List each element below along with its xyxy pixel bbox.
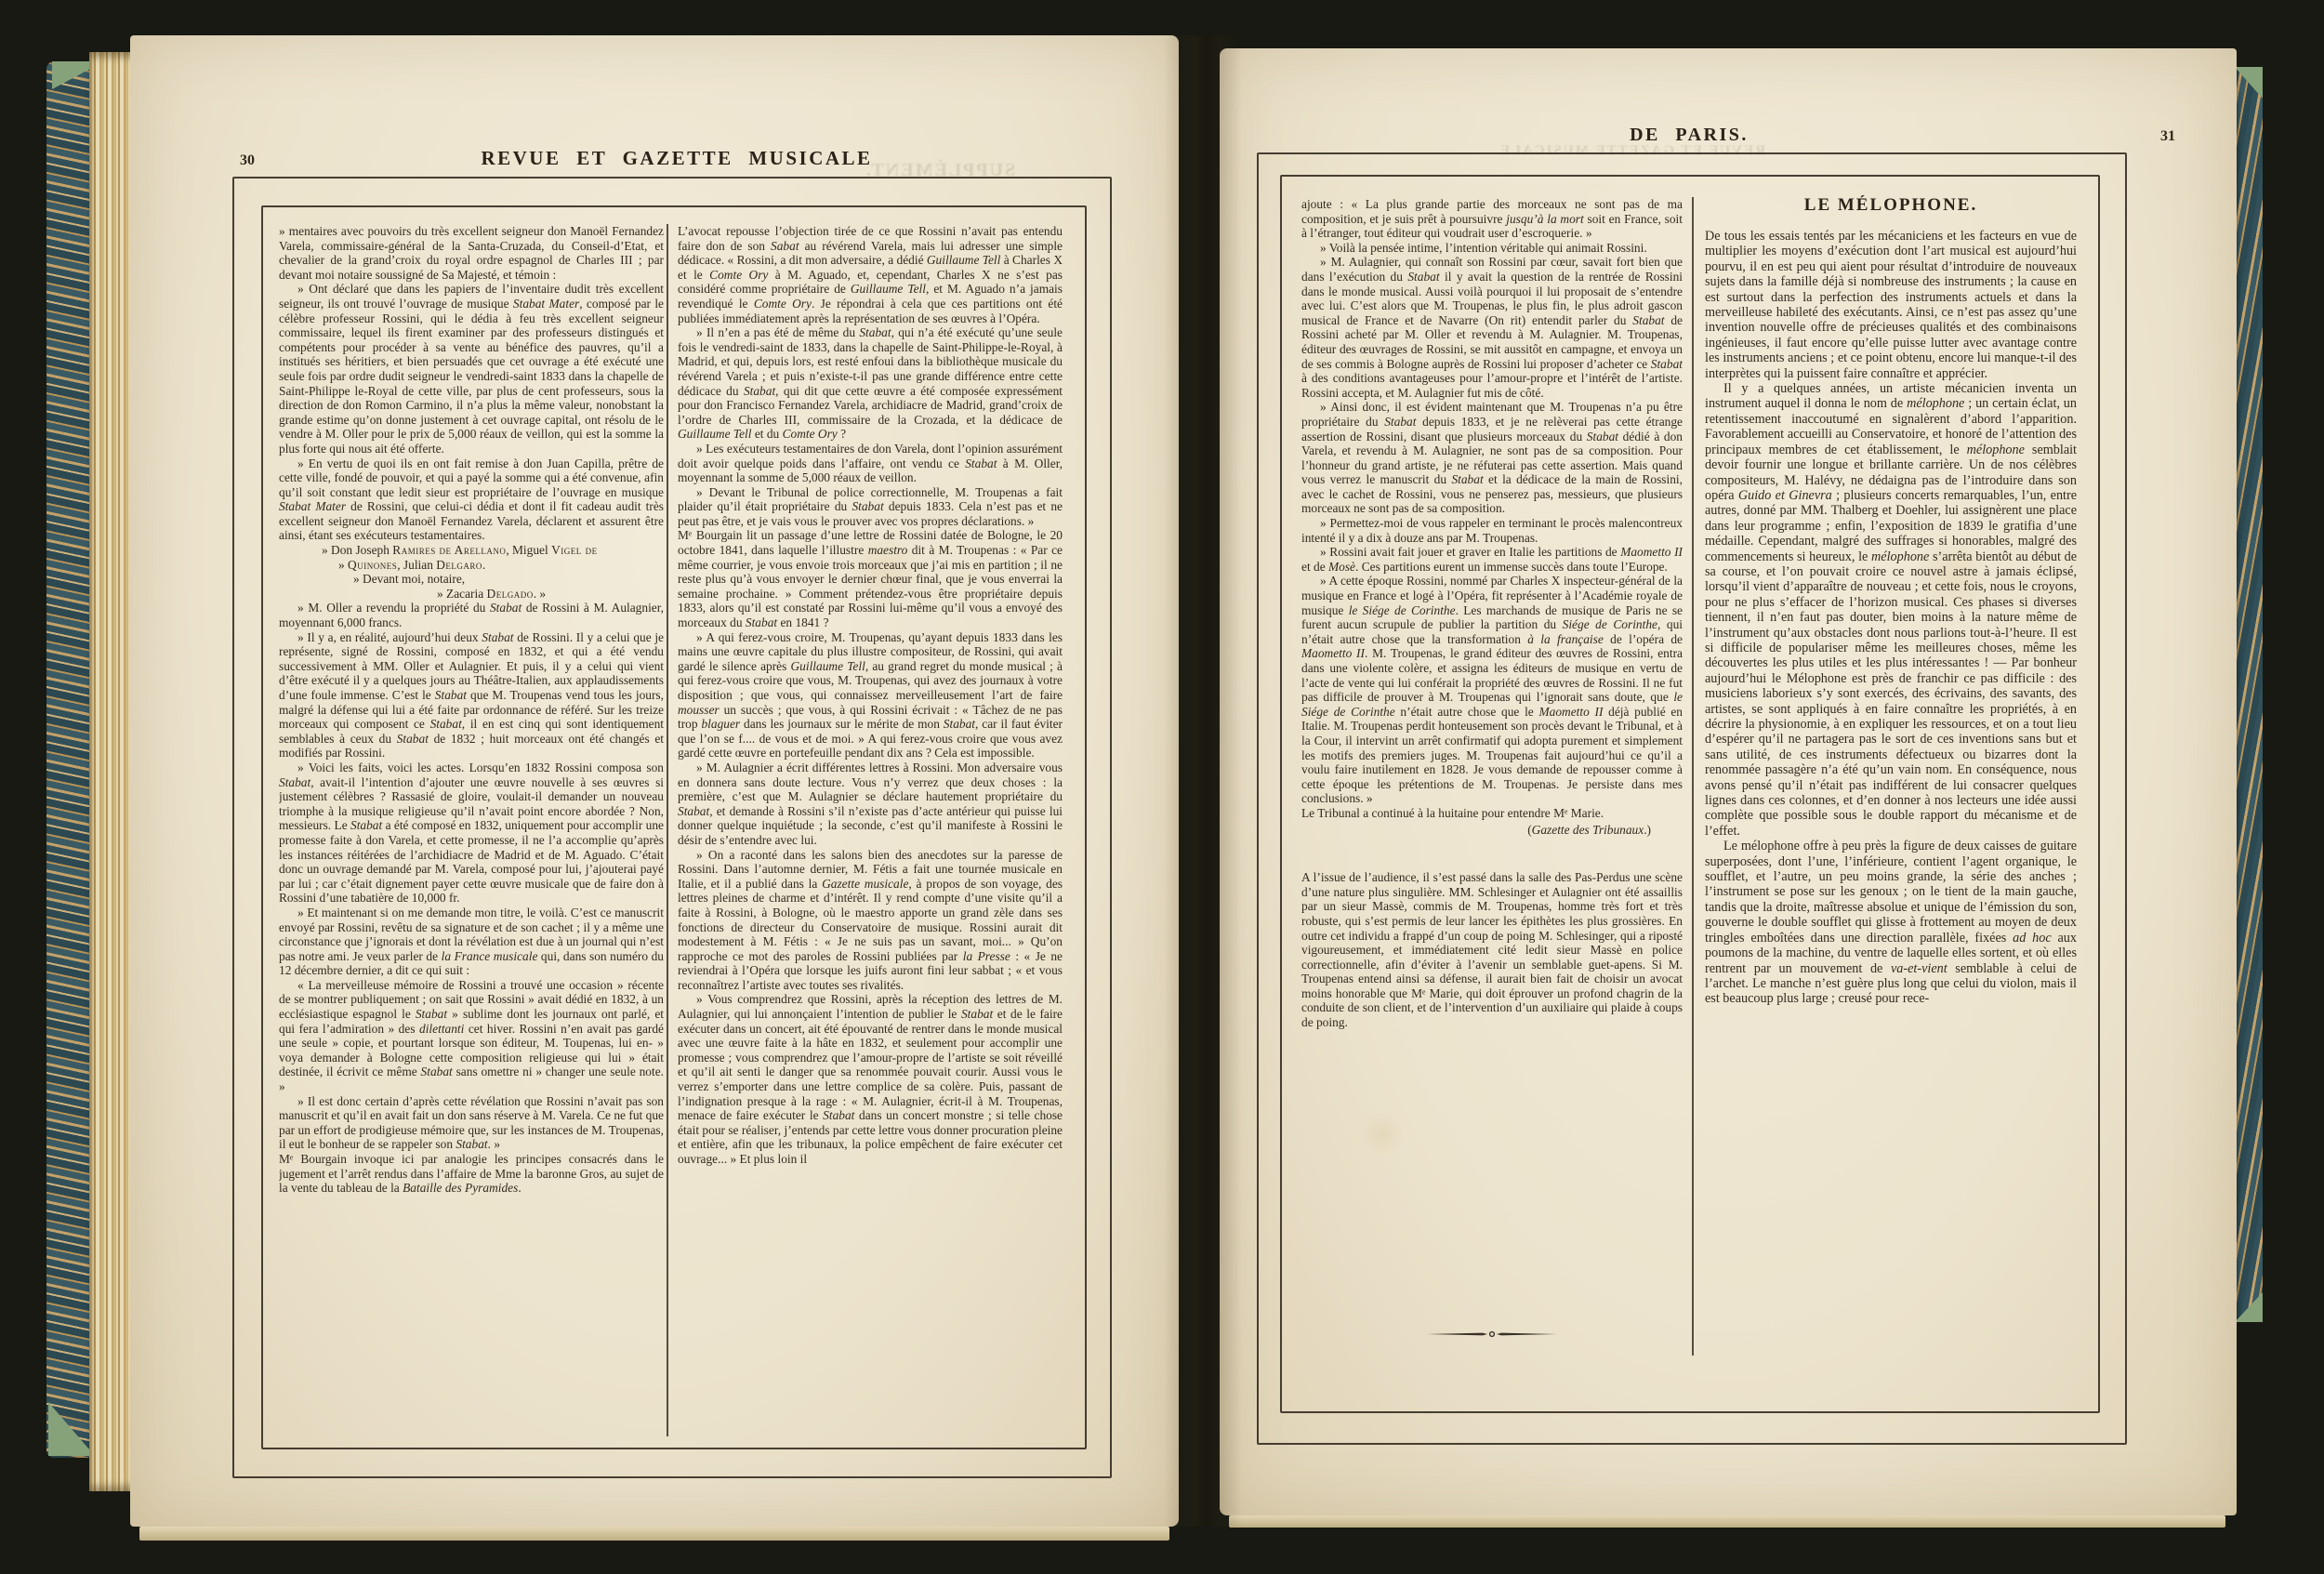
page-number: 30 [240,152,255,169]
text-column-2: L’avocat repousse l’objection tirée de c… [678,224,1063,1436]
paragraph: » Voici les faits, voici les actes. Lors… [279,761,664,906]
article-title: LE MÉLOPHONE. [1705,195,2077,216]
paragraph: » Les exécuteurs testamentaires de don V… [678,442,1063,485]
paragraph: » M. Aulagnier, qui connaît son Rossini … [1301,255,1683,400]
paragraph: Le Tribunal a continué à la huitaine pou… [1301,806,1683,821]
paragraph: » Vous comprendrez que Rossini, après la… [678,992,1063,1166]
paragraph: Mᵉ Bourgain invoque ici par analogie les… [279,1152,664,1196]
paragraph: » Devant le Tribunal de police correctio… [678,485,1063,529]
paragraph: » Il y a, en réalité, aujourd’hui deux S… [279,630,664,761]
paragraph: » Devant moi, notaire, [279,572,664,587]
paragraph: » Voilà la pensée intime, l’intention vé… [1301,241,1683,256]
article-body: De tous les essais tentés par les mécani… [1705,229,2077,1007]
paragraph: » Don Joseph Ramires de Arellano, Miguel… [279,543,664,558]
paragraph: De tous les essais tentés par les mécani… [1705,229,2077,381]
paragraph: » Il est donc certain d’après cette révé… [279,1094,664,1152]
paragraph: Il y a quelques années, un artiste mécan… [1705,381,2077,839]
column-divider-rule [1692,197,1694,1356]
paragraph: » On a raconté dans les salons bien des … [678,848,1063,993]
paragraph: » Il n’en a pas été de même du Stabat, q… [678,325,1063,442]
paragraph: » M. Aulagnier a écrit différentes lettr… [678,761,1063,848]
paragraph: Mᵉ Bourgain lit un passage d’une lettre … [678,528,1063,629]
paragraph: » Rossini avait fait jouer et graver en … [1301,545,1683,574]
paragraph: » Et maintenant si on me demande mon tit… [279,906,664,978]
paragraph: » M. Oller a revendu la propriété du Sta… [279,601,664,629]
paragraph: » A cette époque Rossini, nommé par Char… [1301,574,1683,806]
paragraph: » Zacaria Delgado. » [279,587,664,602]
column-divider-rule [667,224,668,1436]
text-column-1: » mentaires avec pouvoirs du très excell… [279,224,664,1436]
paragraph: « La merveilleuse mémoire de Rossini a t… [279,978,664,1094]
page-bottom-edge-left [139,1527,1169,1541]
book-spread-photo: 30 REVUE ET GAZETTE MUSICALE SUPPLÉMENT.… [0,0,2324,1574]
text-column-2: LE MÉLOPHONE. De tous les essais tentés … [1705,195,2077,1404]
paragraph: » Ainsi donc, il est évident maintenant … [1301,400,1683,516]
page-number: 31 [2160,128,2175,145]
paragraph: » A qui ferez-vous croire, M. Troupenas,… [678,630,1063,761]
paragraph: » Ont déclaré que dans les papiers de l’… [279,282,664,456]
paragraph: » Quinones, Julian Delgaro. [279,558,664,573]
section-divider-ornament-icon [1427,1328,1557,1339]
paragraph: Le mélophone offre à peu près la figure … [1705,839,2077,1006]
paragraph: L’avocat repousse l’objection tirée de c… [678,224,1063,325]
page-bottom-edge-right [1229,1515,2225,1528]
marbled-cover-edge-right [2235,67,2263,1322]
paragraph: » Permettez-moi de vous rappeler en term… [1301,516,1683,545]
paragraph: » mentaires avec pouvoirs du très excell… [279,224,664,282]
page-left-30: 30 REVUE ET GAZETTE MUSICALE SUPPLÉMENT.… [130,35,1179,1527]
paragraph: (Gazette des Tribunaux.) [1301,823,1683,838]
marbled-cover-edge-left [46,61,95,1458]
paragraph: ajoute : « La plus grande partie des mor… [1301,197,1683,241]
paragraph: A l’issue de l’audience, il s’est passé … [1301,870,1683,1030]
text-column-1: ajoute : « La plus grande partie des mor… [1301,197,1683,1313]
paragraph: » En vertu de quoi ils en ont fait remis… [279,456,664,544]
page-right-31: 31 DE PARIS. REVUE ET GAZETTE MUSICALE a… [1220,48,2237,1515]
